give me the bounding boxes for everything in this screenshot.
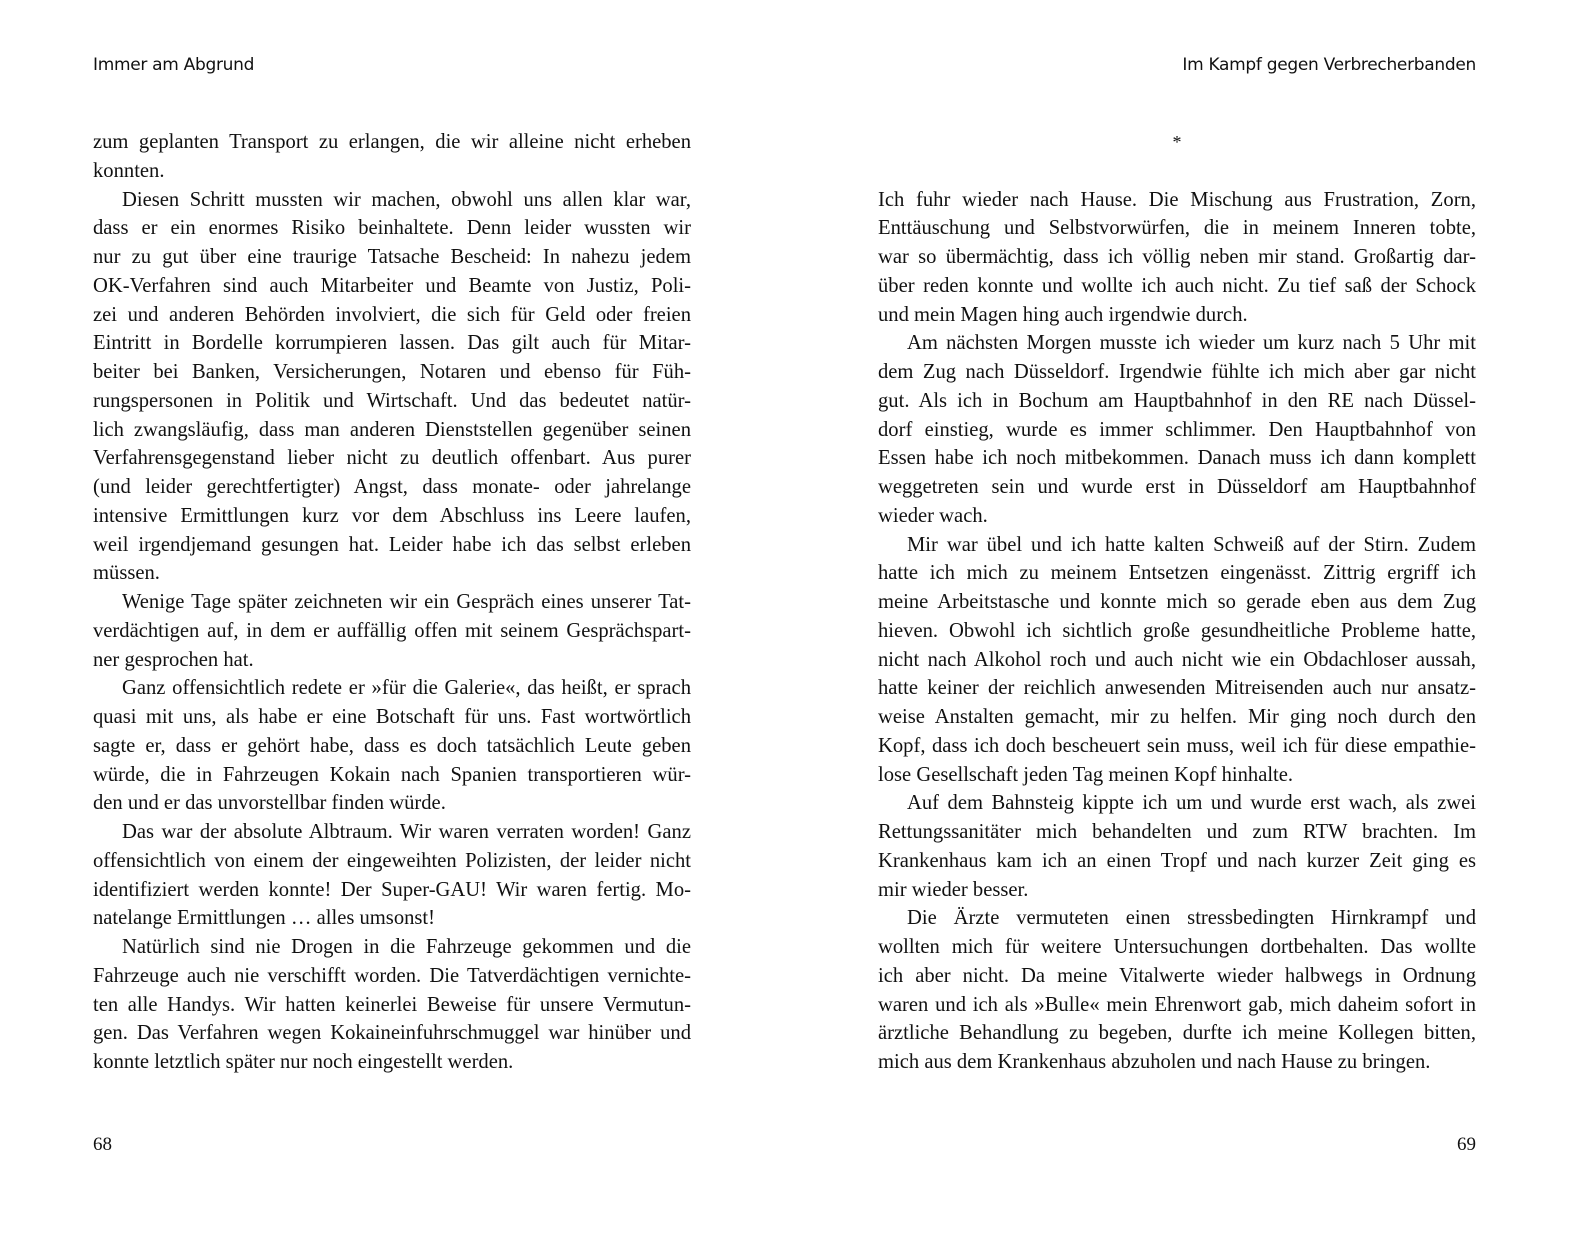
running-head-right: Im Kampf gegen Verbrecherbanden xyxy=(1182,55,1476,75)
right-page-body: * Ich fuhr wieder nach Hause. Die Mischu… xyxy=(878,128,1476,1077)
text-line: rungspersonen in Politik und Wirtschaft.… xyxy=(93,387,691,416)
text-line: ten alle Handys. Wir hatten keinerlei Be… xyxy=(93,991,691,1020)
left-page-body: zum geplanten Transport zu erlangen, die… xyxy=(93,128,691,1077)
text-line: mich aus dem Krankenhaus abzuholen und n… xyxy=(878,1048,1476,1077)
text-line: weggetreten sein und wurde erst in Düsse… xyxy=(878,473,1476,502)
text-line: ärztliche Behandlung zu begeben, durfte … xyxy=(878,1019,1476,1048)
text-line: und mein Magen hing auch irgendwie durch… xyxy=(878,301,1476,330)
text-line: Mir war übel und ich hatte kalten Schwei… xyxy=(878,531,1476,560)
text-line: beiter bei Banken, Versicherungen, Notar… xyxy=(93,358,691,387)
text-line: offensichtlich von einem der eingeweihte… xyxy=(93,847,691,876)
text-line: konnte letztlich später nur noch eingest… xyxy=(93,1048,691,1077)
text-line: identifiziert werden konnte! Der Super-G… xyxy=(93,876,691,905)
page-number-left: 68 xyxy=(93,1134,112,1156)
text-line: hatte keiner der reichlich anwesenden Mi… xyxy=(878,674,1476,703)
text-line: wollten mich für weitere Untersuchungen … xyxy=(878,933,1476,962)
page-number-right: 69 xyxy=(1457,1134,1476,1156)
text-line: Rettungssanitäter mich behandelten und z… xyxy=(878,818,1476,847)
text-line: OK-Verfahren sind auch Mitarbeiter und B… xyxy=(93,272,691,301)
text-line: müssen. xyxy=(93,559,691,588)
text-line: zei und anderen Behörden involviert, die… xyxy=(93,301,691,330)
text-line: Ganz offensichtlich redete er »für die G… xyxy=(93,674,691,703)
text-line: (und leider gerechtfertigter) Angst, das… xyxy=(93,473,691,502)
text-line: konnten. xyxy=(93,157,691,186)
text-line: Das war der absolute Albtraum. Wir waren… xyxy=(93,818,691,847)
text-line: nicht nach Alkohol roch und auch nicht w… xyxy=(878,646,1476,675)
text-line: Verfahrensgegenstand lieber nicht zu deu… xyxy=(93,444,691,473)
text-line: hieven. Obwohl ich sichtlich große gesun… xyxy=(878,617,1476,646)
text-line: dem Zug nach Düsseldorf. Irgendwie fühlt… xyxy=(878,358,1476,387)
text-line: intensive Ermittlungen kurz vor dem Absc… xyxy=(93,502,691,531)
text-line: Auf dem Bahnsteig kippte ich um und wurd… xyxy=(878,789,1476,818)
text-line: weil irgendjemand gesungen hat. Leider h… xyxy=(93,531,691,560)
text-line: dorf einstieg, wurde es immer schlimmer.… xyxy=(878,416,1476,445)
text-line: wieder wach. xyxy=(878,502,1476,531)
text-line: meine Arbeitstasche und konnte mich so g… xyxy=(878,588,1476,617)
text-line: über reden konnte und wollte ich auch ni… xyxy=(878,272,1476,301)
text-line: Essen habe ich noch mitbekommen. Danach … xyxy=(878,444,1476,473)
text-line: ner gesprochen hat. xyxy=(93,646,691,675)
text-line: den und er das unvorstellbar finden würd… xyxy=(93,789,691,818)
text-line: lich zwangsläufig, dass man anderen Dien… xyxy=(93,416,691,445)
text-line: gen. Das Verfahren wegen Kokaineinfuhrsc… xyxy=(93,1019,691,1048)
text-line: nur zu gut über eine traurige Tatsache B… xyxy=(93,243,691,272)
text-line: Wenige Tage später zeichneten wir ein Ge… xyxy=(93,588,691,617)
text-line: weise Anstalten gemacht, mir zu helfen. … xyxy=(878,703,1476,732)
text-line: Enttäuschung und Selbstvorwürfen, die in… xyxy=(878,214,1476,243)
text-line: Diesen Schritt mussten wir machen, obwoh… xyxy=(93,186,691,215)
text-line: war so übermächtig, dass ich völlig nebe… xyxy=(878,243,1476,272)
text-line: waren und ich als »Bulle« mein Ehrenwort… xyxy=(878,991,1476,1020)
text-line: Die Ärzte vermuteten einen stressbedingt… xyxy=(878,904,1476,933)
text-line: sagte er, dass er gehört habe, dass es d… xyxy=(93,732,691,761)
text-line: lose Gesellschaft jeden Tag meinen Kopf … xyxy=(878,761,1476,790)
text-line: zum geplanten Transport zu erlangen, die… xyxy=(93,128,691,157)
right-page: Im Kampf gegen Verbrecherbanden * Ich fu… xyxy=(797,0,1594,1240)
text-line: Kopf, dass ich doch bescheuert sein muss… xyxy=(878,732,1476,761)
text-line: Krankenhaus kam ich an einen Tropf und n… xyxy=(878,847,1476,876)
left-page: Immer am Abgrund zum geplanten Transport… xyxy=(0,0,797,1240)
text-line: Eintritt in Bordelle korrumpieren lassen… xyxy=(93,329,691,358)
text-line: Ich fuhr wieder nach Hause. Die Mischung… xyxy=(878,186,1476,215)
text-line: Fahrzeuge auch nie verschifft worden. Di… xyxy=(93,962,691,991)
scene-break-gap xyxy=(878,157,1476,186)
scene-break-asterisk: * xyxy=(878,128,1476,157)
text-line: ich aber nicht. Da meine Vitalwerte wied… xyxy=(878,962,1476,991)
text-line: gut. Als ich in Bochum am Hauptbahnhof i… xyxy=(878,387,1476,416)
text-line: dass er ein enormes Risiko beinhaltete. … xyxy=(93,214,691,243)
text-line: würde, die in Fahrzeugen Kokain nach Spa… xyxy=(93,761,691,790)
text-line: natelange Ermittlungen … alles umsonst! xyxy=(93,904,691,933)
text-line: mir wieder besser. xyxy=(878,876,1476,905)
text-line: hatte ich mich zu meinem Entsetzen einge… xyxy=(878,559,1476,588)
running-head-left: Immer am Abgrund xyxy=(93,55,254,75)
text-line: quasi mit uns, als habe er eine Botschaf… xyxy=(93,703,691,732)
text-line: Am nächsten Morgen musste ich wieder um … xyxy=(878,329,1476,358)
text-line: Natürlich sind nie Drogen in die Fahrzeu… xyxy=(93,933,691,962)
text-line: verdächtigen auf, in dem er auffällig of… xyxy=(93,617,691,646)
